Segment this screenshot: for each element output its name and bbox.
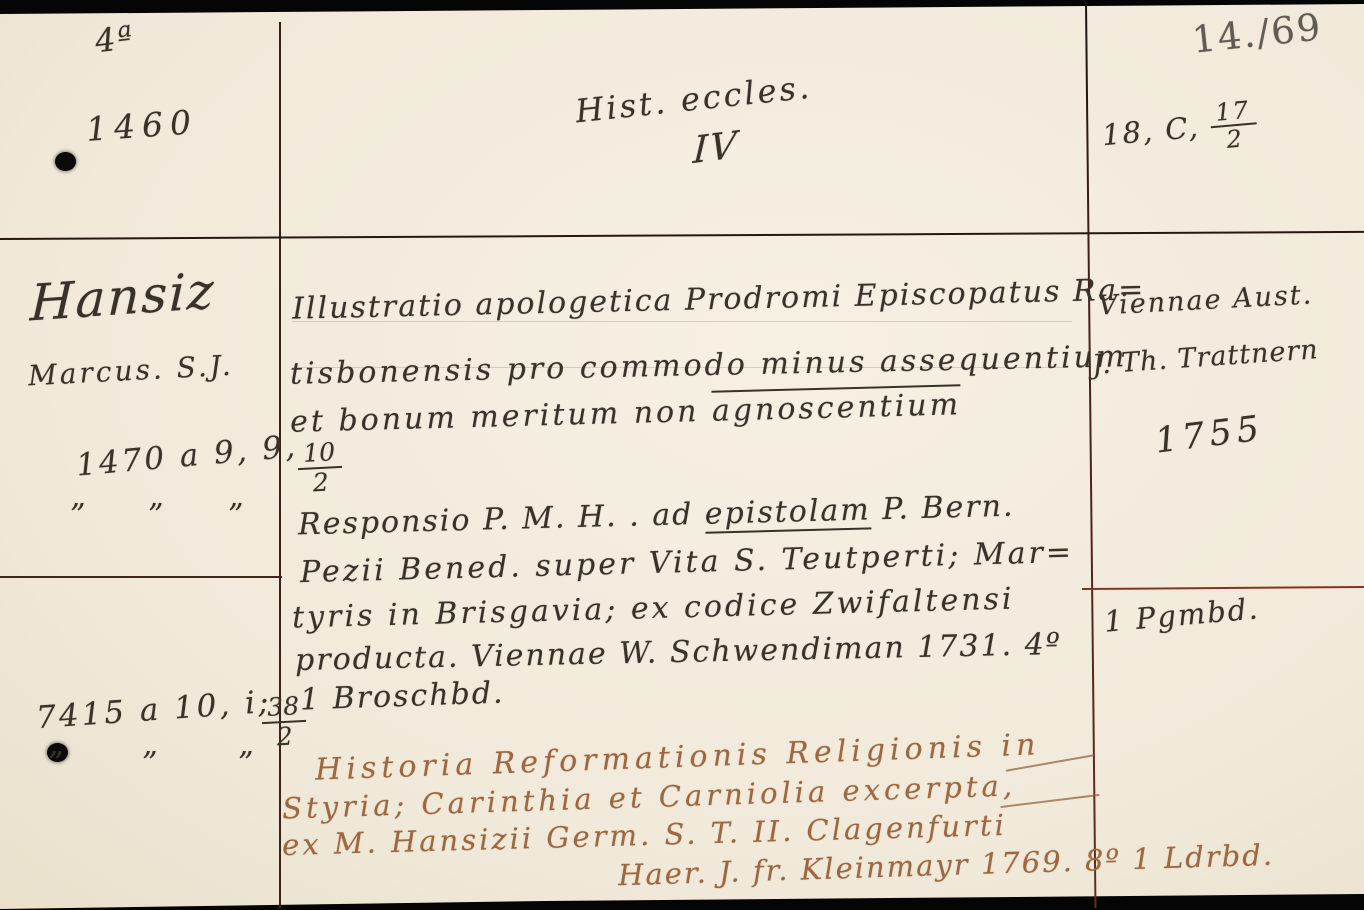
- shelfmark-prefix: 18, C,: [1101, 110, 1201, 152]
- volume-numeral: IV: [692, 123, 739, 172]
- catalog-card-scan: 4ª 1460 Hist. eccles. IV 14./69 18, C, 1…: [0, 0, 1364, 910]
- rule-horizontal-left-segment: [0, 576, 282, 578]
- callnumber-2-fraction: 38 2: [261, 693, 308, 750]
- callnumber-1-fraction: 10 2: [297, 439, 344, 496]
- shelfmark-fraction: 17 2: [1209, 97, 1260, 154]
- accession-number-top: 1460: [85, 102, 199, 149]
- ditto-marks-row-1: ” ” ”: [0, 498, 280, 538]
- format-mark: 4ª: [93, 18, 137, 61]
- entry2-binding: 1 Broschbd.: [299, 675, 505, 717]
- ditto-marks-row-2: ” ” ”: [0, 746, 280, 786]
- punch-hole-top: [55, 152, 76, 171]
